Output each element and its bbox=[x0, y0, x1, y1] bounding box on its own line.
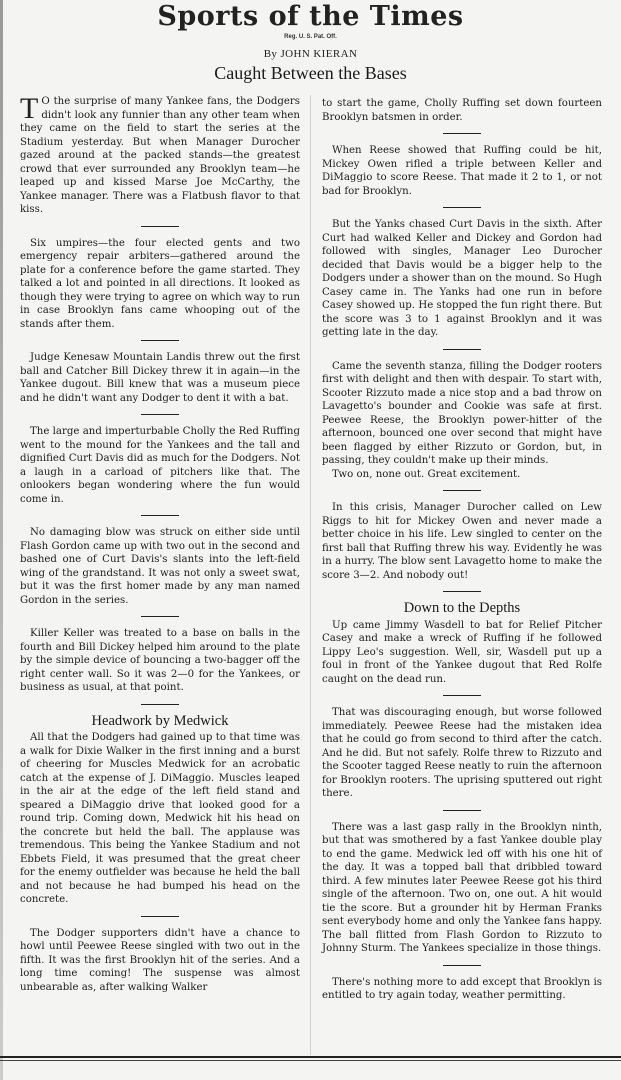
scan-edge bbox=[0, 0, 3, 1080]
paragraph: Up came Jimmy Wasdell to bat for Relief … bbox=[322, 619, 602, 687]
paragraph: Two on, none out. Great excitement. bbox=[322, 468, 602, 482]
paragraph: But the Yanks chased Curt Davis in the s… bbox=[322, 218, 602, 340]
paragraph: That was discouraging enough, but worse … bbox=[322, 706, 602, 801]
section-rule bbox=[443, 695, 481, 696]
section-rule bbox=[141, 704, 179, 705]
right-column: to start the game, Cholly Ruffing set do… bbox=[322, 97, 602, 1003]
paragraph: In this crisis, Manager Durocher called … bbox=[322, 501, 602, 582]
paragraph: The large and imperturbable Cholly the R… bbox=[20, 425, 300, 506]
paragraph: Judge Kenesaw Mountain Landis threw out … bbox=[20, 351, 300, 405]
column-divider bbox=[310, 95, 311, 1055]
paragraph: All that the Dodgers had gained up to th… bbox=[20, 731, 300, 907]
paragraph: No damaging blow was struck on either si… bbox=[20, 526, 300, 607]
paragraph: The Dodger supporters didn't have a chan… bbox=[20, 927, 300, 995]
paragraph: Killer Keller was treated to a base on b… bbox=[20, 627, 300, 695]
left-column: TO the surprise of many Yankee fans, the… bbox=[20, 95, 300, 994]
paragraph: There's nothing more to add except that … bbox=[322, 976, 602, 1003]
section-rule bbox=[443, 965, 481, 966]
section-rule bbox=[141, 616, 179, 617]
article-headline: Caught Between the Bases bbox=[0, 63, 621, 84]
section-rule bbox=[141, 916, 179, 917]
section-rule bbox=[141, 414, 179, 415]
paragraph: Six umpires—the four elected gents and t… bbox=[20, 237, 300, 332]
bottom-rule bbox=[0, 1056, 621, 1061]
section-rule bbox=[443, 349, 481, 350]
section-rule bbox=[443, 207, 481, 208]
section-rule bbox=[141, 226, 179, 227]
paragraph: There was a last gasp rally in the Brook… bbox=[322, 821, 602, 956]
masthead: Sports of the Times Reg. U. S. Pat. Off.… bbox=[0, 2, 621, 84]
paragraph: to start the game, Cholly Ruffing set do… bbox=[322, 97, 602, 124]
section-rule bbox=[141, 515, 179, 516]
paragraph: When Reese showed that Ruffing could be … bbox=[322, 144, 602, 198]
trademark-note: Reg. U. S. Pat. Off. bbox=[0, 34, 621, 40]
drop-cap: T bbox=[20, 96, 38, 122]
paragraph: TO the surprise of many Yankee fans, the… bbox=[20, 95, 300, 217]
section-rule bbox=[141, 340, 179, 341]
paragraph: Came the seventh stanza, filling the Dod… bbox=[322, 360, 602, 468]
column-title: Sports of the Times bbox=[0, 2, 621, 32]
section-rule bbox=[443, 490, 481, 491]
paragraph-text: O the surprise of many Yankee fans, the … bbox=[20, 96, 300, 215]
section-rule bbox=[443, 810, 481, 811]
section-rule bbox=[443, 591, 481, 592]
subheading: Headwork by Medwick bbox=[20, 715, 300, 729]
subheading: Down to the Depths bbox=[322, 602, 602, 616]
byline: By JOHN KIERAN bbox=[0, 48, 621, 60]
section-rule bbox=[443, 133, 481, 134]
